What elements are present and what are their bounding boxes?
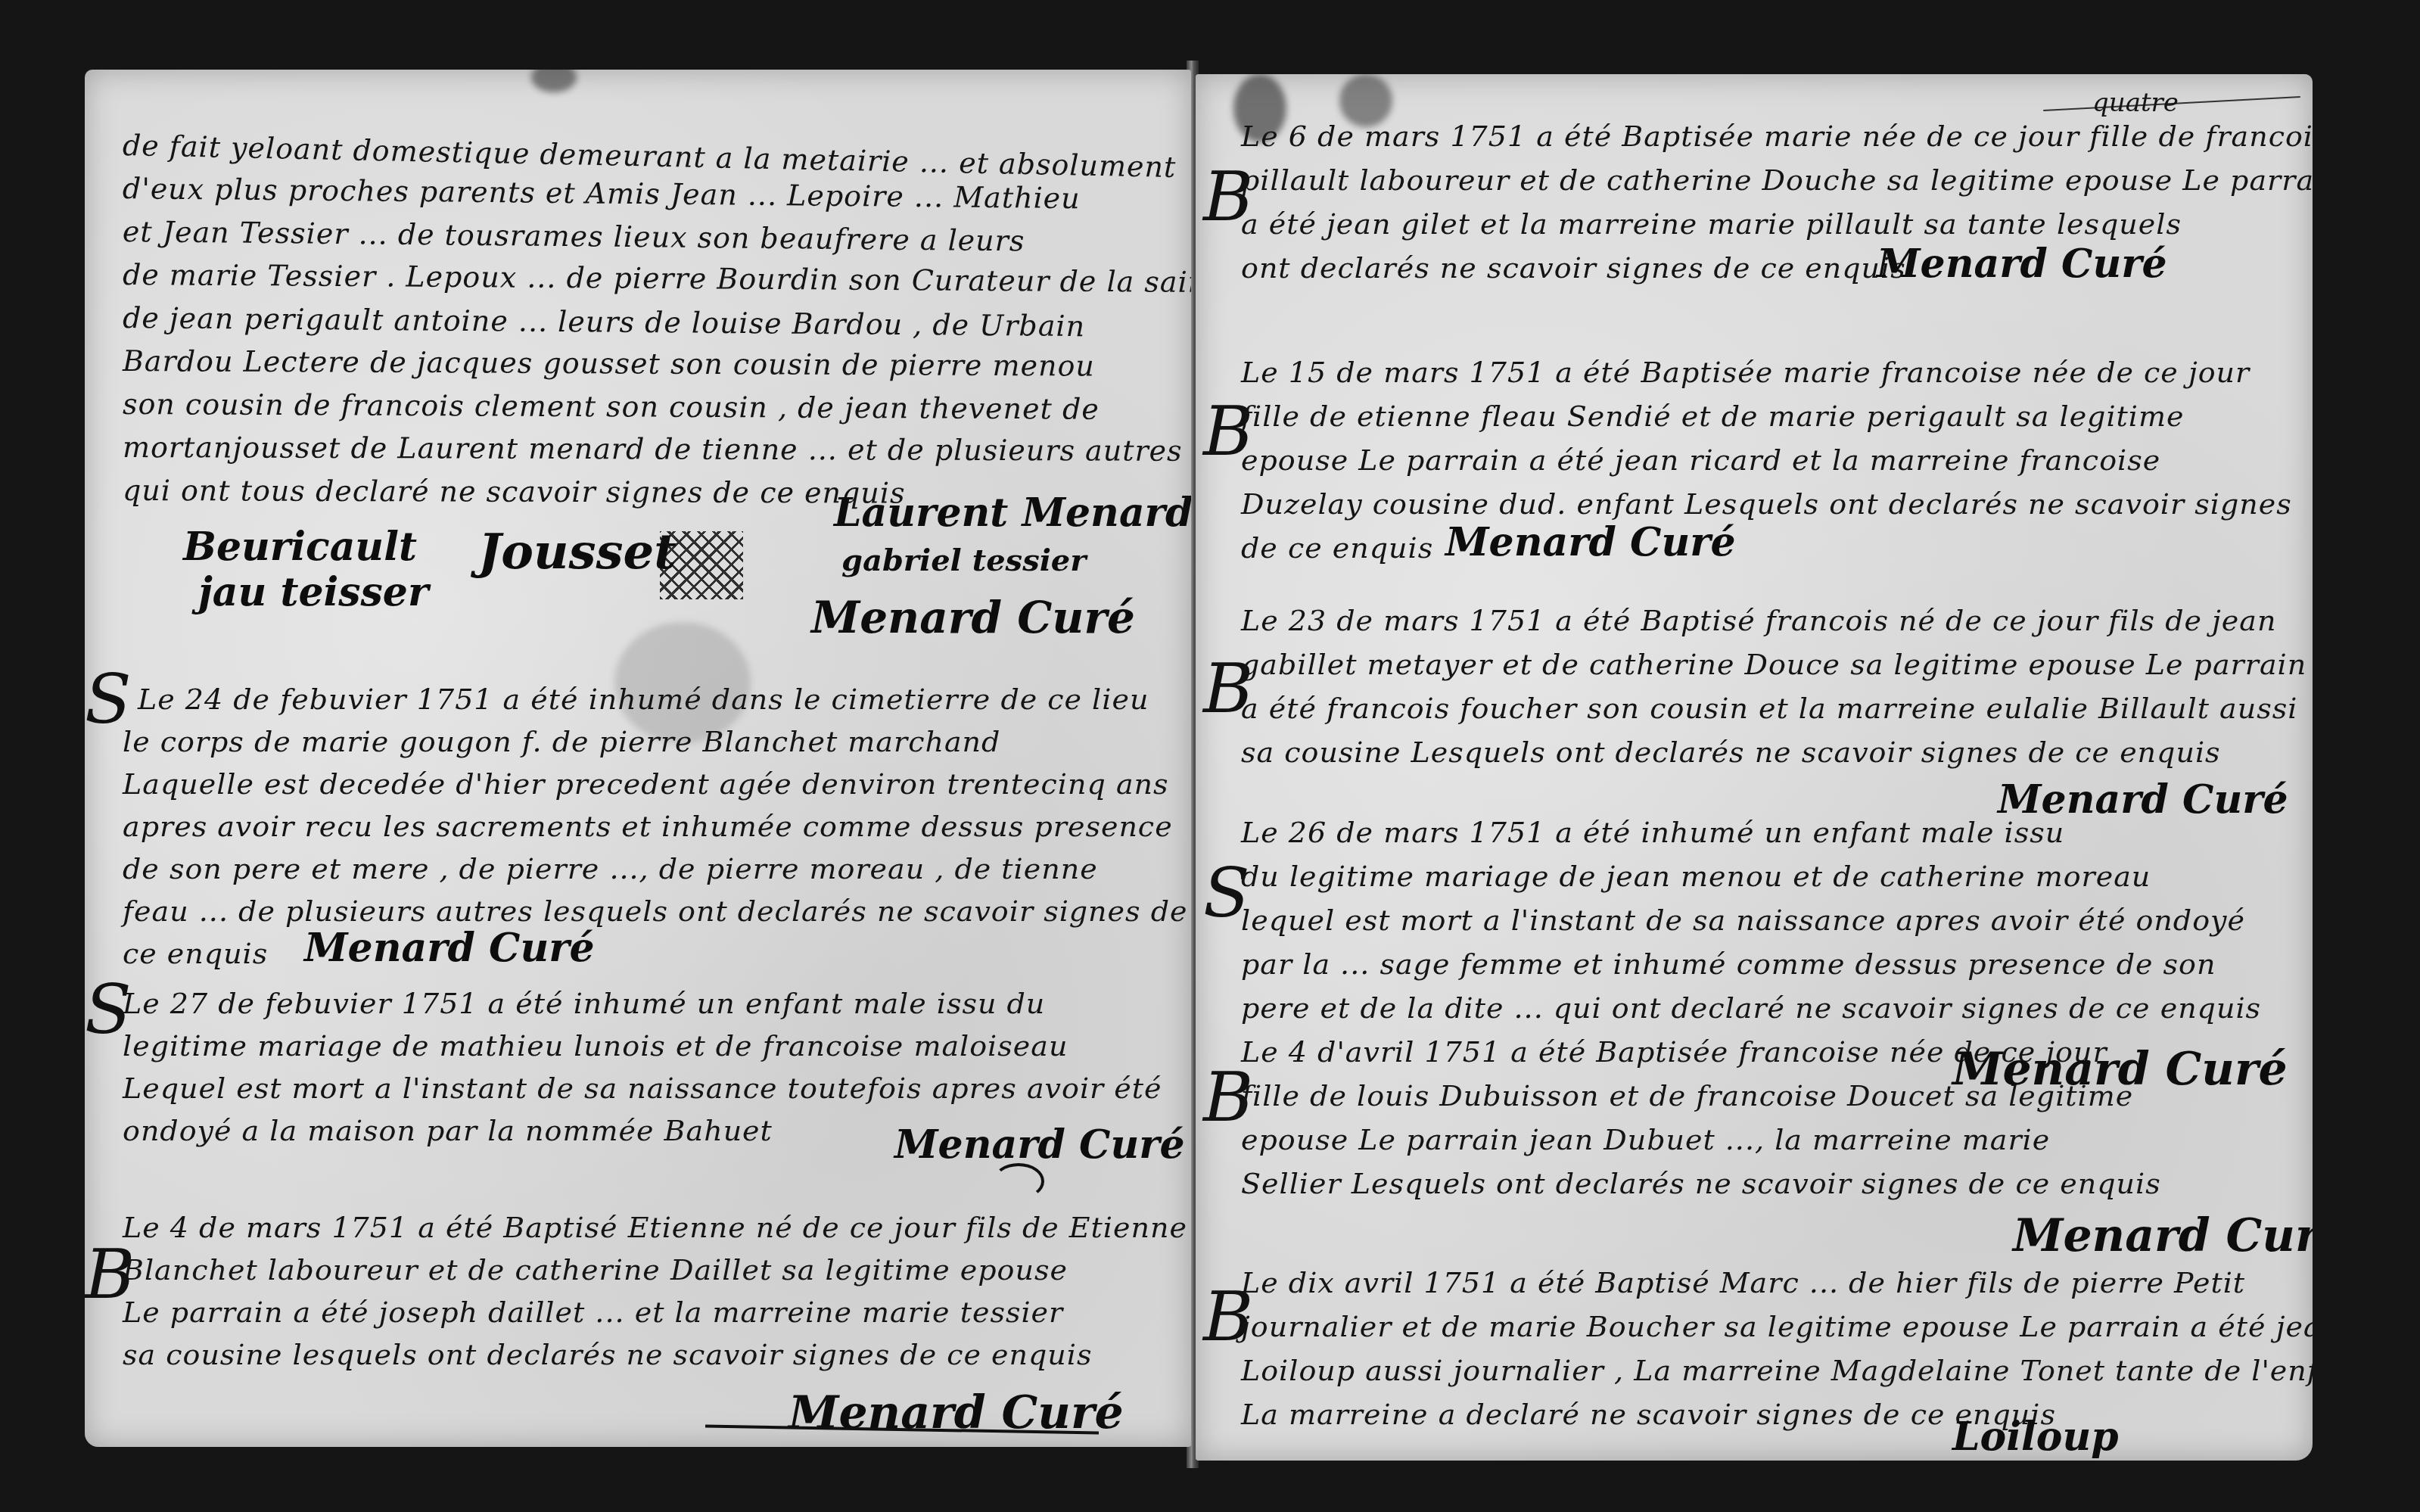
text-line: mortanjousset de Laurent menard de tienn… bbox=[123, 431, 1183, 468]
text-line: a été francois foucher son cousin et la … bbox=[1241, 692, 2297, 725]
text-line: Le dix avril 1751 a été Baptisé Marc ...… bbox=[1241, 1266, 2245, 1299]
text-line: du legitime mariage de jean menou et de … bbox=[1241, 860, 2151, 893]
signature: Menard Curé bbox=[1740, 1459, 1997, 1461]
text-line: Laquelle est decedée d'hier precedent ag… bbox=[123, 767, 1169, 801]
text-line: ce enquis bbox=[123, 937, 268, 970]
ink-stain bbox=[531, 70, 577, 92]
text-line: de son pere et mere , de pierre ..., de … bbox=[123, 852, 1098, 885]
text-line: par la ... sage femme et inhumé comme de… bbox=[1241, 947, 2216, 981]
signature: Menard Curé bbox=[894, 1122, 1185, 1168]
text-line: Lequel est mort a l'instant de sa naissa… bbox=[123, 1072, 1162, 1105]
text-line: de marie Tessier . Lepoux ... de pierre … bbox=[123, 258, 1191, 299]
text-line: Duzelay cousine dud. enfant Lesquels ont… bbox=[1241, 487, 2292, 521]
signature: Menard Curé bbox=[1952, 1043, 2288, 1096]
text-line: a été jean gilet et la marreine marie pi… bbox=[1241, 207, 2182, 241]
text-line: et Jean Tessier ... de tousrames lieux s… bbox=[123, 215, 1025, 257]
signature-flourish bbox=[993, 1163, 1044, 1199]
signature: Menard Curé bbox=[304, 925, 595, 971]
signature: Menard Curé bbox=[811, 592, 1135, 643]
text-line: Le 23 de mars 1751 a été Baptisé francoi… bbox=[1241, 604, 2276, 637]
text-line: epouse Le parrain a été jean ricard et l… bbox=[1241, 443, 2160, 477]
text-line: ont declarés ne scavoir signes de ce enq… bbox=[1241, 251, 1906, 285]
text-line: Le 26 de mars 1751 a été inhumé un enfan… bbox=[1241, 816, 2064, 849]
text-line: journalier et de marie Boucher sa legiti… bbox=[1241, 1310, 2313, 1343]
text-line: gabillet metayer et de catherine Douce s… bbox=[1241, 648, 2306, 681]
text-line: Le 6 de mars 1751 a été Baptisée marie n… bbox=[1241, 120, 2313, 153]
text-line: de ce enquis bbox=[1241, 531, 1433, 565]
left-page: de fait yeloant domestique demeurant a l… bbox=[85, 70, 1191, 1447]
text-line: sa cousine Lesquels ont declarés ne scav… bbox=[1241, 736, 2221, 769]
text-line: La marreine a declaré ne scavoir signes … bbox=[1241, 1398, 2056, 1431]
signature: Menard Curé bbox=[1445, 519, 1736, 565]
text-line: de jean perigault antoine ... leurs de l… bbox=[123, 301, 1085, 343]
interlinear-note: quatre bbox=[2092, 88, 2179, 118]
text-line: Le parrain a été joseph daillet ... et l… bbox=[123, 1296, 1063, 1329]
text-line: Le 4 de mars 1751 a été Baptisé Etienne … bbox=[123, 1211, 1187, 1244]
text-line: pere et de la dite ... qui ont declaré n… bbox=[1241, 991, 2261, 1025]
signature: jau teisser bbox=[198, 569, 428, 615]
text-line: Blanchet laboureur et de catherine Daill… bbox=[123, 1253, 1068, 1286]
signature: Menard Curé bbox=[1877, 241, 2167, 287]
text-line: ondoyé a la maison par la nommée Bahuet bbox=[123, 1114, 773, 1147]
text-line: Bardou Lectere de jacques gousset son co… bbox=[123, 344, 1095, 383]
right-page: quatre B Le 6 de mars 1751 a été Baptisé… bbox=[1196, 74, 2313, 1461]
signature: Beuricault bbox=[183, 524, 417, 570]
signature: Menard Curé bbox=[2013, 1209, 2313, 1262]
text-line: son cousin de francois clement son cousi… bbox=[123, 387, 1100, 426]
text-line: apres avoir recu les sacrements et inhum… bbox=[123, 810, 1173, 843]
text-line: pillault laboureur et de catherine Douch… bbox=[1241, 163, 2313, 197]
signature: Loiloup bbox=[1952, 1414, 2119, 1460]
text-line: fille de etienne fleau Sendié et de mari… bbox=[1241, 400, 2185, 433]
text-line: epouse Le parrain jean Dubuet ..., la ma… bbox=[1241, 1123, 2050, 1156]
signature: Laurent Menard bbox=[834, 490, 1191, 536]
text-line: sa cousine lesquels ont declarés ne scav… bbox=[123, 1338, 1092, 1371]
text-line: qui ont tous declaré ne scavoir signes d… bbox=[123, 474, 906, 510]
text-line: Sellier Lesquels ont declarés ne scavoir… bbox=[1241, 1167, 2161, 1200]
text-line: Loiloup aussi journalier , La marreine M… bbox=[1241, 1354, 2313, 1387]
text-line: feau ... de plusieurs autres lesquels on… bbox=[123, 894, 1187, 928]
text-line: le corps de marie gougon f. de pierre Bl… bbox=[123, 725, 1000, 758]
signature-mark-cross bbox=[660, 531, 743, 599]
text-line: lequel est mort a l'instant de sa naissa… bbox=[1241, 904, 2245, 937]
text-line: Le 15 de mars 1751 a été Baptisée marie … bbox=[1241, 356, 2250, 389]
signature: Jousset bbox=[478, 524, 677, 580]
text-line: Le 24 de febuvier 1751 a été inhumé dans… bbox=[138, 683, 1149, 716]
signature: gabriel tessier bbox=[841, 543, 1086, 578]
text-line: Le 27 de febuvier 1751 a été inhumé un e… bbox=[123, 987, 1045, 1020]
text-line: legitime mariage de mathieu lunois et de… bbox=[123, 1029, 1068, 1062]
